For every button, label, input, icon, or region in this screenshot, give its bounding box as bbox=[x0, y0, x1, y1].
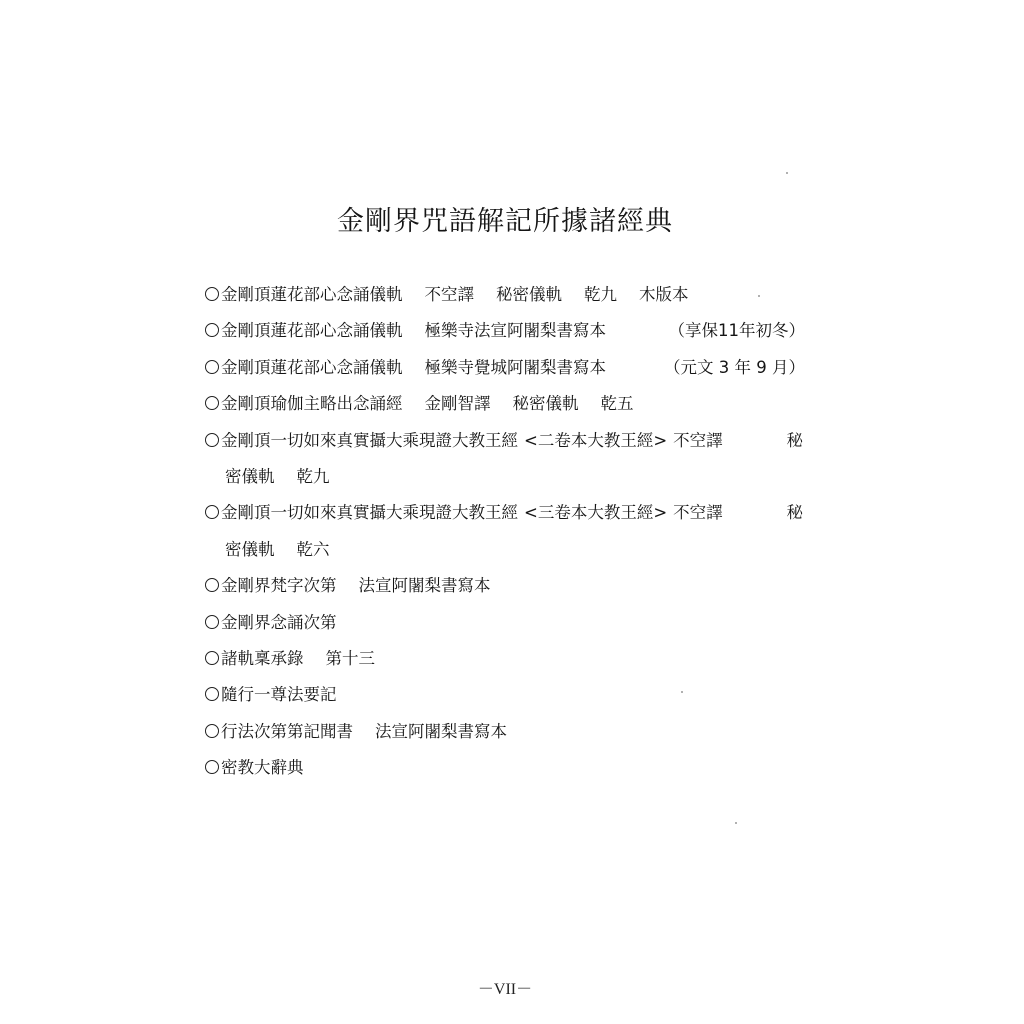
entry-edition: 木版本 bbox=[639, 285, 689, 304]
entry-volume: 乾九 bbox=[297, 467, 330, 486]
entry-translator: 金剛智譯 bbox=[425, 394, 491, 413]
circle-bullet-icon bbox=[205, 687, 219, 701]
scan-speck bbox=[735, 822, 737, 824]
entry-collection-end: 密儀軌 bbox=[225, 467, 275, 486]
list-item: 金剛界梵字次第法宣阿闍梨書寫本 bbox=[205, 573, 805, 609]
entry-title: 密教大辭典 bbox=[221, 758, 304, 777]
circle-bullet-icon bbox=[205, 760, 219, 774]
scan-speck bbox=[681, 691, 683, 693]
entry-title: 金剛頂蓮花部心念誦儀軌 bbox=[221, 285, 403, 304]
list-item: 金剛界念誦次第 bbox=[205, 610, 805, 646]
entry-collection-end: 密儀軌 bbox=[225, 540, 275, 559]
circle-bullet-icon bbox=[205, 505, 219, 519]
entry-title: 金剛界念誦次第 bbox=[221, 613, 337, 632]
entry-manuscript: 法宣阿闍梨書寫本 bbox=[359, 576, 491, 595]
entry-volume: 乾九 bbox=[584, 285, 617, 304]
entry-title: 行法次第第記聞書 bbox=[221, 722, 353, 741]
list-item: 密教大辭典 bbox=[205, 755, 805, 791]
entry-date-note: （元文 3 年 9 月） bbox=[664, 355, 805, 381]
list-item-continuation: 密儀軌乾六 bbox=[205, 537, 805, 573]
list-item: 金剛頂一切如來真實攝大乘現證大教王經<二卷本大教王經>不空譯 秘 bbox=[205, 428, 805, 464]
list-item: 行法次第第記聞書法宣阿闍梨書寫本 bbox=[205, 719, 805, 755]
entry-collection-start: 秘 bbox=[787, 500, 804, 526]
circle-bullet-icon bbox=[205, 578, 219, 592]
circle-bullet-icon bbox=[205, 323, 219, 337]
entry-collection: 秘密儀軌 bbox=[496, 285, 562, 304]
entry-title: 金剛頂一切如來真實攝大乘現證大教王經 bbox=[221, 503, 518, 522]
entry-title: 諸軌稟承錄 bbox=[221, 649, 304, 668]
entry-title: 隨行一尊法要記 bbox=[221, 685, 337, 704]
circle-bullet-icon bbox=[205, 615, 219, 629]
entry-alt-title: <三卷本大教王經> bbox=[524, 503, 667, 522]
list-item: 諸軌稟承錄第十三 bbox=[205, 646, 805, 682]
document-page: 金剛界咒語解記所據諸經典 金剛頂蓮花部心念誦儀軌不空譯秘密儀軌乾九木版本 金剛頂… bbox=[0, 0, 1024, 1024]
list-item-continuation: 密儀軌乾九 bbox=[205, 464, 805, 500]
entry-title: 金剛頂蓮花部心念誦儀軌 bbox=[221, 321, 403, 340]
list-item: 金剛頂蓮花部心念誦儀軌極樂寺覺城阿闍梨書寫本 （元文 3 年 9 月） bbox=[205, 355, 805, 391]
list-item: 隨行一尊法要記 bbox=[205, 682, 805, 718]
list-item: 金剛頂蓮花部心念誦儀軌極樂寺法宣阿闍梨書寫本 （享保11年初冬） bbox=[205, 318, 805, 354]
circle-bullet-icon bbox=[205, 396, 219, 410]
entry-translator: 不空譯 bbox=[673, 503, 723, 522]
entry-translator: 不空譯 bbox=[673, 431, 723, 450]
circle-bullet-icon bbox=[205, 724, 219, 738]
entry-title: 金剛頂蓮花部心念誦儀軌 bbox=[221, 358, 403, 377]
list-item: 金剛頂蓮花部心念誦儀軌不空譯秘密儀軌乾九木版本 bbox=[205, 282, 805, 318]
entry-collection: 秘密儀軌 bbox=[513, 394, 579, 413]
page-title: 金剛界咒語解記所據諸經典 bbox=[0, 202, 1010, 242]
circle-bullet-icon bbox=[205, 651, 219, 665]
scan-speck bbox=[758, 295, 760, 297]
entry-manuscript: 法宣阿闍梨書寫本 bbox=[375, 722, 507, 741]
entry-volume: 乾五 bbox=[601, 394, 634, 413]
entry-volume: 乾六 bbox=[297, 540, 330, 559]
source-list: 金剛頂蓮花部心念誦儀軌不空譯秘密儀軌乾九木版本 金剛頂蓮花部心念誦儀軌極樂寺法宣… bbox=[205, 282, 805, 791]
entry-translator: 不空譯 bbox=[425, 285, 475, 304]
circle-bullet-icon bbox=[205, 360, 219, 374]
list-item: 金剛頂一切如來真實攝大乘現證大教王經<三卷本大教王經>不空譯 秘 bbox=[205, 500, 805, 536]
entry-date-note: （享保11年初冬） bbox=[669, 318, 806, 344]
entry-volume: 第十三 bbox=[326, 649, 376, 668]
entry-alt-title: <二卷本大教王經> bbox=[524, 431, 667, 450]
page-number: －VII－ bbox=[0, 976, 1010, 999]
circle-bullet-icon bbox=[205, 287, 219, 301]
scan-speck bbox=[786, 172, 788, 174]
list-item: 金剛頂瑜伽主略出念誦經金剛智譯秘密儀軌乾五 bbox=[205, 391, 805, 427]
entry-collection-start: 秘 bbox=[787, 428, 804, 454]
entry-manuscript: 極樂寺法宣阿闍梨書寫本 bbox=[425, 321, 607, 340]
entry-title: 金剛頂一切如來真實攝大乘現證大教王經 bbox=[221, 431, 518, 450]
entry-manuscript: 極樂寺覺城阿闍梨書寫本 bbox=[425, 358, 607, 377]
entry-title: 金剛頂瑜伽主略出念誦經 bbox=[221, 394, 403, 413]
entry-title: 金剛界梵字次第 bbox=[221, 576, 337, 595]
circle-bullet-icon bbox=[205, 433, 219, 447]
